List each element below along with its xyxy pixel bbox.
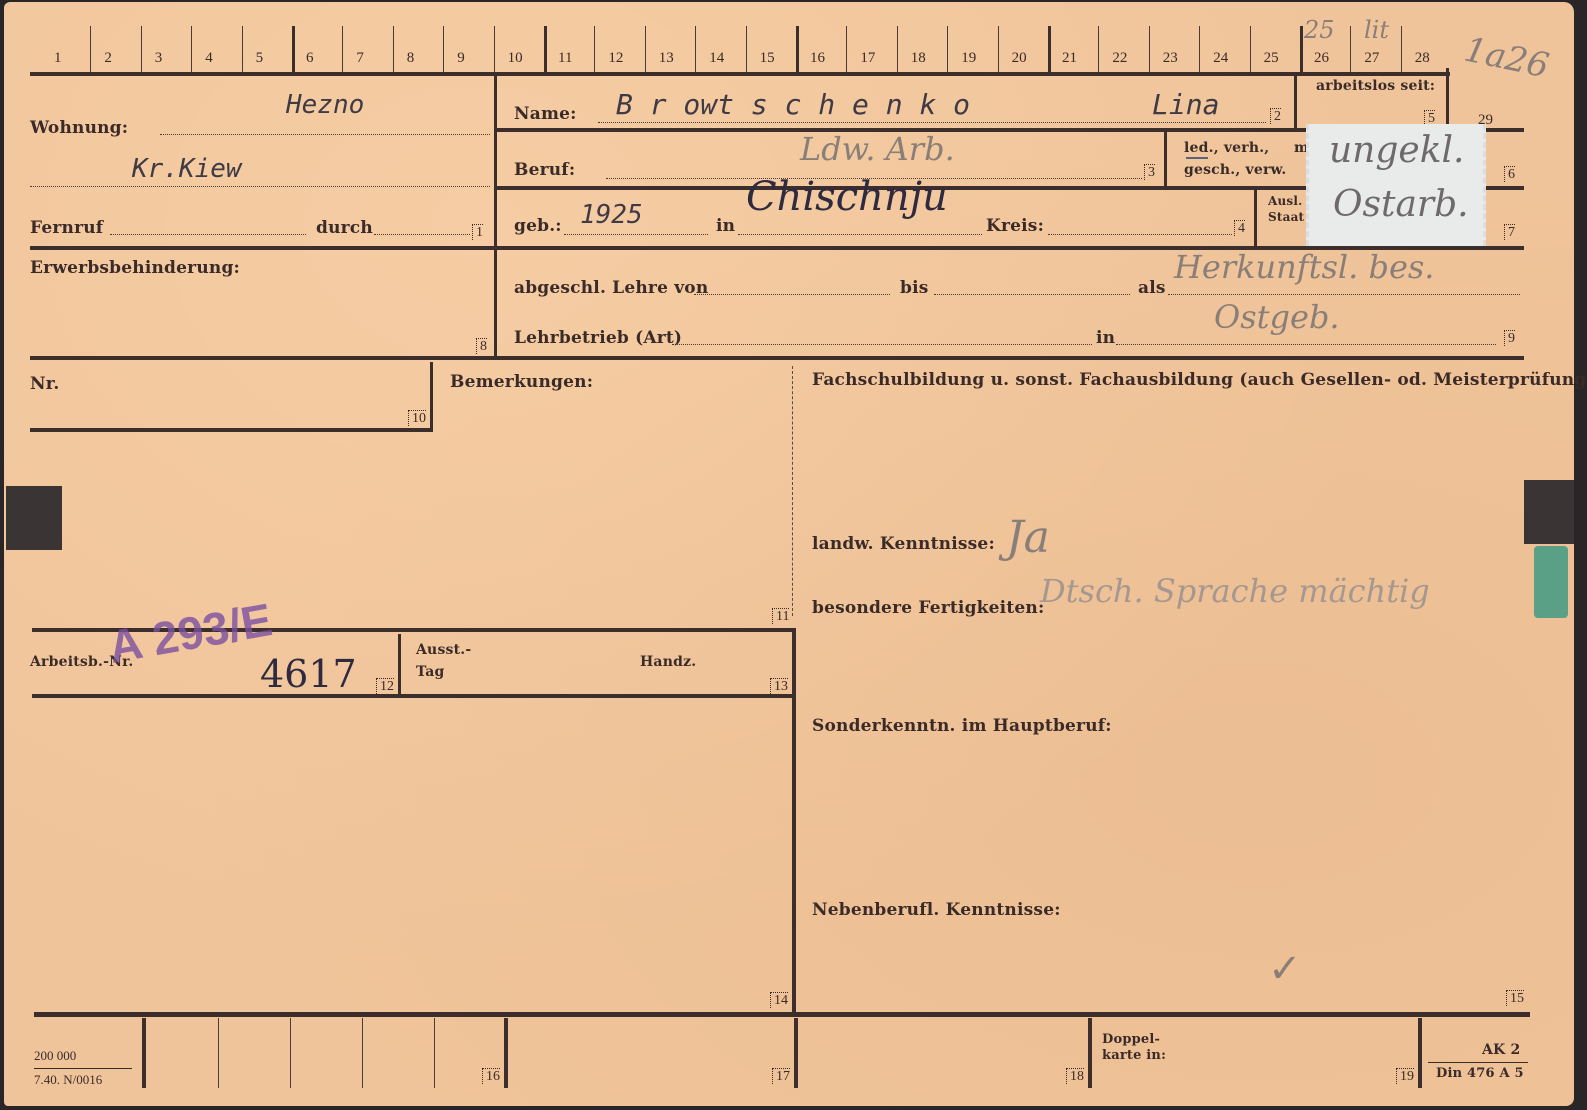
nebenberufl-kenntnisse-label: Nebenberufl. Kenntnisse: [812, 900, 1061, 920]
field-number-13: 13 [770, 678, 788, 694]
ruler-column-14: 14 [709, 50, 724, 67]
landw-kenntnisse-label: landw. Kenntnisse: [812, 534, 995, 554]
right-punch-tab [1524, 480, 1574, 544]
birthplace-value[interactable]: Chischnju [746, 174, 948, 220]
field-number-3: 3 [1144, 164, 1155, 180]
bis-label: bis [900, 278, 929, 298]
ruler-column-15: 15 [760, 50, 775, 67]
field-number-17: 17 [772, 1068, 790, 1084]
checkmark: ✓ [1268, 946, 1302, 992]
nr-label: Nr. [30, 374, 59, 394]
ruler-column-9: 9 [457, 50, 465, 67]
arbeitslos-seit-label: arbeitslos seit: [1316, 78, 1435, 94]
handz-label: Handz. [640, 654, 696, 670]
durch-label: durch [316, 218, 373, 238]
landw-kenntnisse-value[interactable]: Ja [1006, 512, 1050, 563]
ruler-column-19: 19 [961, 50, 976, 67]
field-number-6: 6 [1504, 166, 1515, 182]
doppelkarte-label-2: karte in: [1102, 1048, 1166, 1063]
ruler-column-7: 7 [356, 50, 364, 67]
in-label: in [716, 216, 735, 236]
field-number-2: 2 [1270, 108, 1281, 124]
stamp-a293e: A 293/E [105, 592, 276, 674]
bemerkungen-area[interactable] [436, 398, 786, 608]
field-number-15: 15 [1506, 990, 1524, 1006]
field-number-9: 9 [1504, 330, 1515, 346]
ruler-column-23: 23 [1163, 50, 1178, 67]
ruler-column-4: 4 [205, 50, 213, 67]
field-number-19: 19 [1396, 1068, 1414, 1084]
marital-status-options-1[interactable]: led., verh., [1184, 140, 1269, 156]
ausl-label-2: Staat [1268, 210, 1304, 224]
marital-status-options-2[interactable]: gesch., verw. [1184, 162, 1286, 178]
field-number-16: 16 [482, 1068, 500, 1084]
ruler-column-8: 8 [407, 50, 415, 67]
doppelkarte-label-1: Doppel- [1102, 1032, 1160, 1047]
pasted-sticker: ungekl. Ostarb. [1306, 124, 1486, 246]
ruler-column-22: 22 [1112, 50, 1127, 67]
name-label: Name: [514, 104, 577, 124]
sonderkenntnisse-label: Sonderkenntn. im Hauptberuf: [812, 716, 1112, 736]
ruler-column-18: 18 [911, 50, 926, 67]
ruler-column-16: 16 [810, 50, 825, 67]
ruler-column-21: 21 [1062, 50, 1077, 67]
ruler-column-10: 10 [508, 50, 523, 67]
ruler-column-20: 20 [1012, 50, 1027, 67]
ruler-column-3: 3 [155, 50, 163, 67]
din-norm: Din 476 A 5 [1436, 1066, 1524, 1081]
ruler-column-17: 17 [860, 50, 875, 67]
ruler-column-6: 6 [306, 50, 314, 67]
field-number-14: 14 [770, 992, 788, 1008]
corner-note: 1a26 [1461, 30, 1553, 87]
field-number-10: 10 [408, 410, 426, 426]
besondere-fertigkeiten-value[interactable]: Dtsch. Sprache mächtig [1040, 572, 1430, 610]
ruler-column-27: 27 [1364, 50, 1379, 67]
wohnung-value-1[interactable]: Hezno [286, 90, 364, 120]
ruler-column-13: 13 [659, 50, 674, 67]
besondere-fertigkeiten-label: besondere Fertigkeiten: [812, 598, 1044, 618]
ausl-label-1: Ausl. [1268, 194, 1303, 208]
ruler-column-25: 25 [1264, 50, 1279, 67]
lehre-label: abgeschl. Lehre von [514, 278, 708, 298]
field-number-7: 7 [1504, 224, 1515, 240]
field-number-8: 8 [476, 338, 487, 354]
lower-left-area[interactable] [34, 702, 790, 1002]
beruf-label: Beruf: [514, 160, 575, 180]
sticker-line-1: ungekl. [1329, 130, 1465, 171]
geb-label: geb.: [514, 216, 562, 236]
bemerkungen-label: Bemerkungen: [450, 372, 593, 392]
field-number-11: 11 [772, 608, 789, 624]
form-code: AK 2 [1482, 1042, 1520, 1058]
erwerbsbehinderung-label: Erwerbsbehinderung: [30, 258, 240, 278]
ruler-annotation-26: 25 [1304, 16, 1335, 44]
field-number-4: 4 [1234, 220, 1245, 236]
print-reference: 7.40. N/0016 [34, 1072, 102, 1088]
field-number-12: 12 [376, 678, 394, 694]
print-run: 200 000 [34, 1048, 76, 1064]
ruler-column-2: 2 [104, 50, 112, 67]
fachschulbildung-label: Fachschulbildung u. sonst. Fachausbildun… [812, 370, 1587, 390]
wohnung-value-2[interactable]: Kr.Kiew [132, 154, 242, 184]
ruler-column-5: 5 [256, 50, 264, 67]
kreis-label: Kreis: [986, 216, 1044, 236]
given-name-value[interactable]: Lina [1152, 88, 1219, 121]
als-value-2[interactable]: Ostgeb. [1214, 298, 1340, 336]
ausst-tag-label-2: Tag [416, 664, 445, 680]
ruler-annotation-27: lit [1364, 16, 1389, 44]
field-number-18: 18 [1066, 1068, 1084, 1084]
green-marker [1534, 546, 1568, 618]
lehrbetrieb-label: Lehrbetrieb (Art) [514, 328, 682, 348]
ruler-column-24: 24 [1213, 50, 1228, 67]
field-number-1: 1 [472, 224, 483, 240]
ruler-column-11: 11 [558, 50, 572, 67]
arbeitsbuch-nr-value[interactable]: 4617 [260, 652, 357, 696]
wohnung-label: Wohnung: [30, 118, 128, 138]
als-label: als [1138, 278, 1166, 298]
marital-status-underline [1186, 157, 1208, 159]
beruf-value[interactable]: Ldw. Arb. [800, 130, 955, 168]
left-punch-tab [6, 486, 62, 550]
fernruf-label: Fernruf [30, 218, 103, 238]
surname-value[interactable]: B r owt s c h e n k o [616, 88, 970, 121]
lehrbetrieb-in-label: in [1096, 328, 1115, 348]
als-value-1[interactable]: Herkunftsl. bes. [1174, 248, 1434, 286]
sticker-line-2: Ostarb. [1333, 184, 1469, 225]
registration-card: 1234567891011121314151617181920212223242… [4, 2, 1574, 1106]
ruler-column-12: 12 [608, 50, 623, 67]
ruler-column-26: 26 [1314, 50, 1329, 67]
ruler-column-1: 1 [54, 50, 62, 67]
ausst-tag-label-1: Ausst.- [416, 642, 471, 658]
birth-year-value[interactable]: 1925 [580, 200, 643, 230]
ruler-column-28: 28 [1415, 50, 1430, 67]
